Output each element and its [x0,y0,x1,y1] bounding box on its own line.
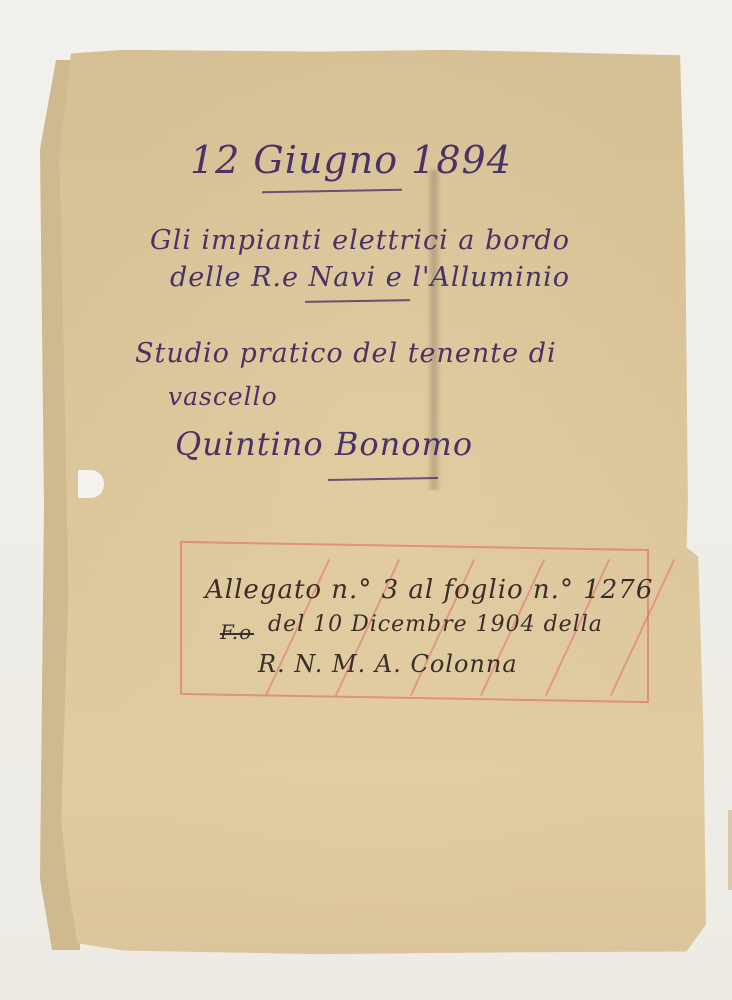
annotation-line-3: R. N. M. A. Colonna [258,650,518,678]
annotation-line-2: del 10 Dicembre 1904 della [268,612,603,637]
document-date: 12 Giugno 1894 [190,138,512,182]
title-line-2: delle R.e Navi e l'Alluminio [170,262,570,293]
prefix-strikethrough [220,633,254,635]
punch-hole [78,470,104,498]
adjacent-page-edge [728,810,732,890]
title-line-1: Gli impianti elettrici a bordo [150,225,570,256]
subtitle-line-2: vascello [168,382,278,411]
annotation-line-1: Allegato n.° 3 al foglio n.° 1276 [205,575,653,605]
author-signature: Quintino Bonomo [175,425,473,463]
annotation-prefix: F.o [220,620,252,644]
manuscript-page [58,48,706,956]
subtitle-line-1: Studio pratico del tenente di [135,338,557,369]
